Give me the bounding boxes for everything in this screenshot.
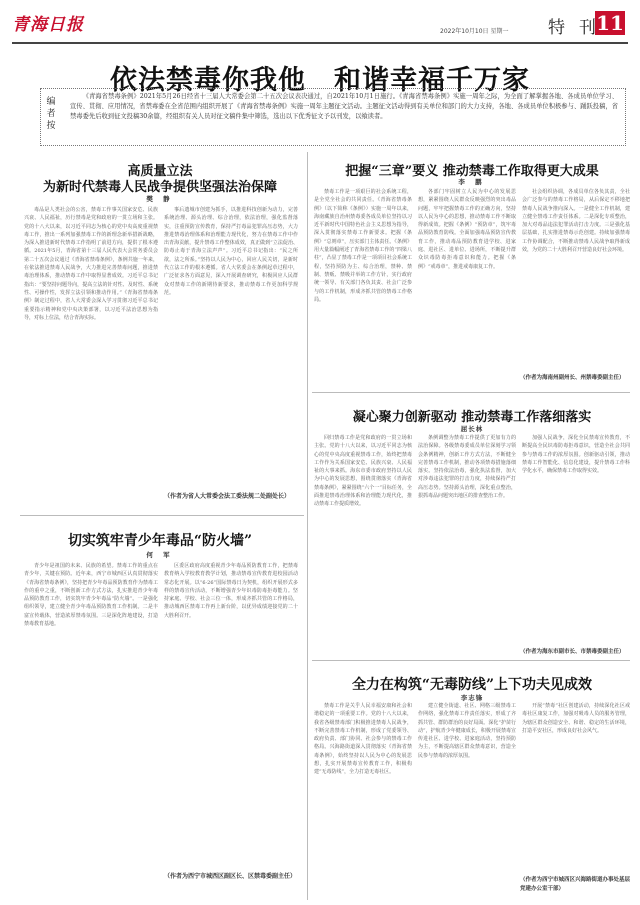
article-4-column-2: 区委区政府高度重视青少年毒品预防教育工作，把禁毒教育纳入学校教育教学计划，推动禁… [164, 562, 298, 862]
article-1-column-1: 毒品是人类社会的公害，禁毒工作事关国家安危、民族兴衰、人民福祉，历行禁毒是党和政… [24, 206, 158, 490]
masthead-rule [12, 42, 628, 44]
article-4-column-1: 青少年是祖国的未来、民族的希望。禁毒工作的重点在青少年，关键在预防。近年来，西宁… [24, 562, 158, 892]
article-3-column-2: 条例调整为禁毒工作提供了更加有力的法治保障。各级禁毒委成员单位深刻学习领会条例精… [418, 434, 516, 646]
article-1-column-2: 事后遗城市创建为抓手，以推进科技创新为动力，完善系统治理、源头治理、综合治理，依… [164, 206, 298, 490]
article-3-byline: 屈长林 [312, 424, 632, 433]
article-2-byline: 李 鹏 [312, 177, 632, 186]
article-1-byline: 樊 静 [20, 194, 300, 203]
article-4-author-note: （作者为西宁市城西区副区长、区禁毒委副主任） [164, 872, 298, 881]
article-4-byline: 何 军 [20, 550, 300, 559]
editor-note-label: 编者按 [44, 96, 58, 132]
article-3-column-1: 回归禁毒工作是党和政府的一贯立场和主张。党的十八大以来，以习近平同志为核心的党中… [314, 434, 412, 646]
article-2-column-2: 各部门牢固树立人民为中心的发展思想，紧紧围绕人民群众反映强烈的突出毒品问题，牢牢… [418, 188, 516, 388]
page-number-badge: 11 [595, 11, 625, 35]
article-5-column-1: 禁毒工作是关乎人民幸福安康和社会和谐稳定的一项重要工作。党的十八大以来，我省各级… [314, 702, 412, 898]
divider [312, 392, 630, 393]
article-5-byline: 李志锋 [312, 693, 632, 702]
article-2-author-note: （作者为海南州副州长、州禁毒委副主任） [520, 374, 635, 383]
article-5-column-2: 建立健全街道、社区、网格三级禁毒工作网络，强化禁毒工作责任落实，形成了齐抓共管、… [418, 702, 516, 898]
divider [312, 660, 630, 661]
article-3-author-note: （作者为海东市副市长、市禁毒委副主任） [520, 648, 635, 657]
article-5-author-note: （作者为西宁市城西区兴海路街道办事处基层党建办公室干部） [520, 876, 635, 894]
column-divider [307, 152, 308, 900]
newspaper-logo: 青海日报 [12, 10, 84, 35]
article-1-author-note: （作者为省人大常委会法工委法规二处副处长） [164, 492, 298, 501]
masthead: 青海日报 2022年10月10日 星期一 [12, 8, 510, 40]
issue-date: 2022年10月10日 星期一 [440, 26, 508, 35]
article-2-column-3: 社会组织协调，各成员单位各负其责，全社会广泛参与的禁毒工作格局，从后保定不移地把… [522, 188, 630, 366]
article-5-column-3: 开展“禁毒”社区创建活动，持续深化社区戒毒社区康复工作，加强对吸毒人员的服务管理… [522, 702, 630, 874]
divider [20, 515, 304, 516]
article-2-column-1: 禁毒工作是一项艰巨的社会系统工程，是全党全社会的共同责任。《青海省禁毒条例》（以… [314, 188, 412, 388]
article-4-title: 切实筑牢青少年毒品“防火墙” [20, 530, 300, 550]
article-3-column-3: 加强人民战争，深化全民禁毒宣传教育，不断提高全民识毒防毒拒毒意识，营造全社会共同… [522, 434, 630, 634]
editor-note-text: 《青海省禁毒条例》2021年5月26日经省十三届人大常委会第二十五次会议表决通过… [70, 92, 618, 122]
article-3-title: 凝心聚力创新驱动 推动禁毒工作落细落实 [312, 406, 632, 425]
article-5-title: 全力在构筑“无毒防线”上下功夫见成效 [312, 674, 632, 694]
article-1-title-line2: 为新时代禁毒人民战争提供坚强法治保障 [20, 176, 300, 195]
